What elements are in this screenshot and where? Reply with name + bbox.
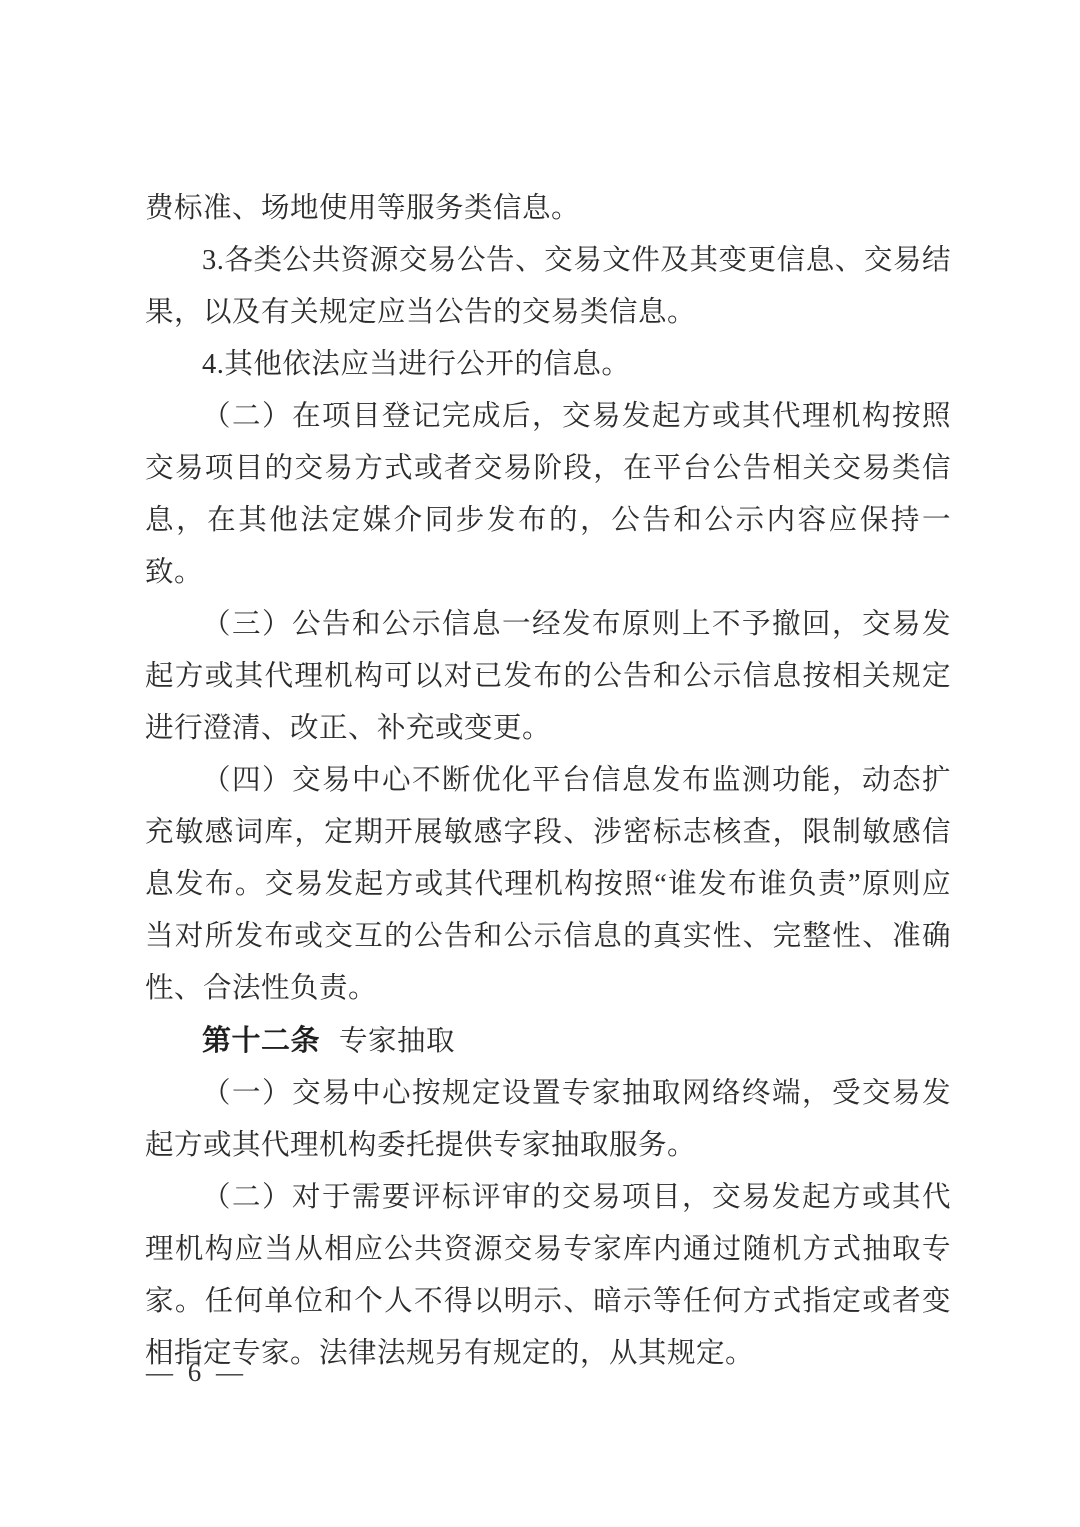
document-page: 费标准、场地使用等服务类信息。 3.各类公共资源交易公告、交易文件及其变更信息、… xyxy=(0,0,1080,1527)
page-number: — 6 — xyxy=(146,1352,247,1392)
document-body: 费标准、场地使用等服务类信息。 3.各类公共资源交易公告、交易文件及其变更信息、… xyxy=(145,183,951,1380)
paragraph-clause-2-after: （二）对于需要评标评审的交易项目，交易发起方或其代理机构应当从相应公共资源交易专… xyxy=(145,1172,951,1380)
article-title: 专家抽取 xyxy=(339,1026,455,1057)
paragraph-clause-2: （二）在项目登记完成后，交易发起方或其代理机构按照交易项目的交易方式或者交易阶段… xyxy=(145,391,951,599)
paragraph-clause-3: （三）公告和公示信息一经发布原则上不予撤回，交易发起方或其代理机构可以对已发布的… xyxy=(145,599,951,755)
article-heading: 第十二条专家抽取 xyxy=(145,1015,951,1068)
paragraph-item-4: 4.其他依法应当进行公开的信息。 xyxy=(145,339,951,391)
paragraph-item-3: 3.各类公共资源交易公告、交易文件及其变更信息、交易结果，以及有关规定应当公告的… xyxy=(145,235,951,339)
article-number: 第十二条 xyxy=(202,1025,320,1057)
paragraph-continuation: 费标准、场地使用等服务类信息。 xyxy=(145,183,951,235)
paragraph-clause-1-after: （一）交易中心按规定设置专家抽取网络终端，受交易发起方或其代理机构委托提供专家抽… xyxy=(145,1068,951,1172)
paragraph-clause-4: （四）交易中心不断优化平台信息发布监测功能，动态扩充敏感词库，定期开展敏感字段、… xyxy=(145,755,951,1015)
